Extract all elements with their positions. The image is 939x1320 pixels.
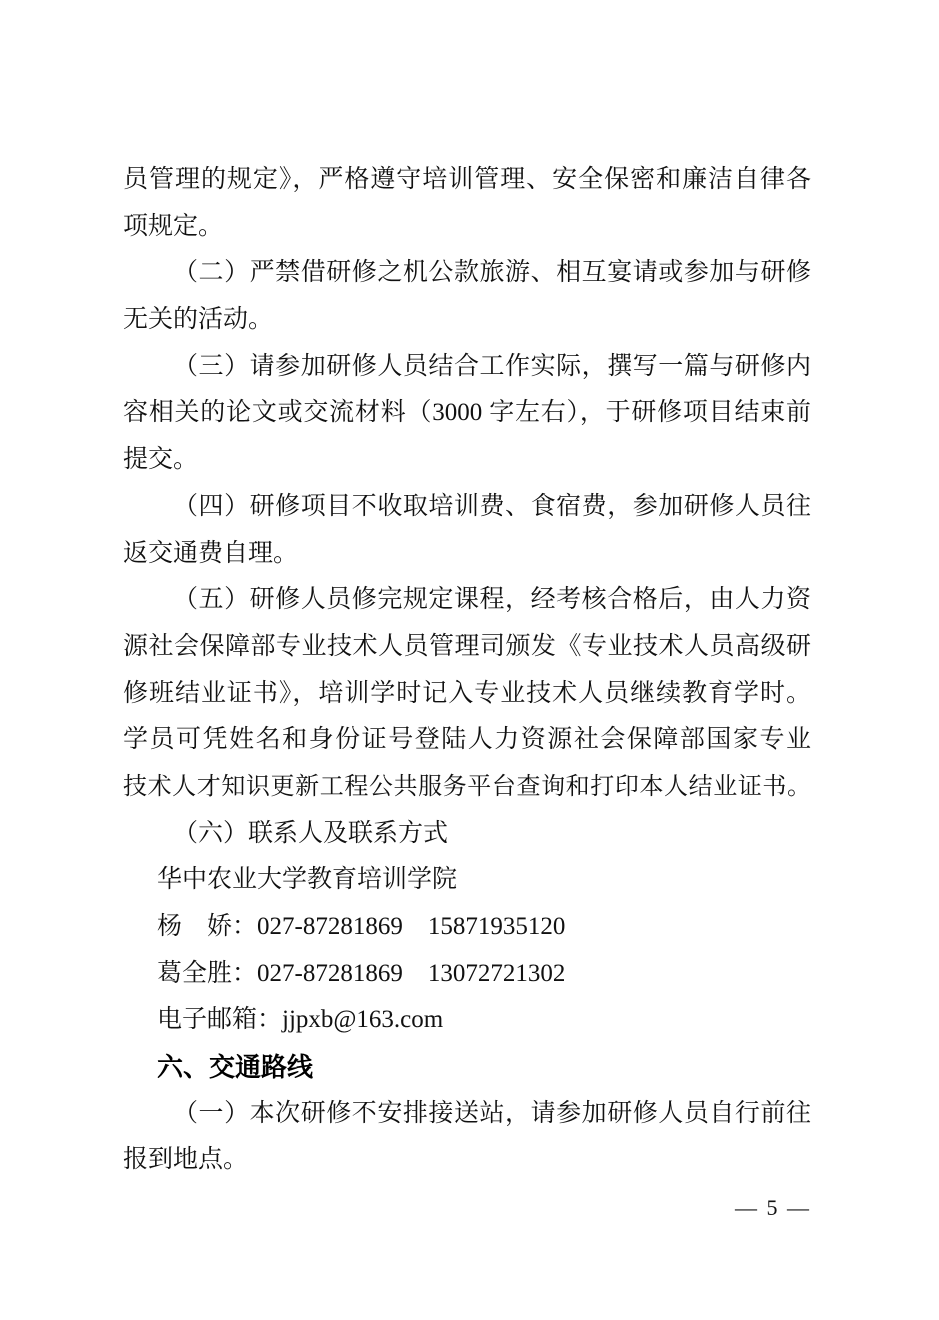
contact-line-1: 杨 娇：027-87281869 15871935120 <box>123 904 811 951</box>
paragraph-line: 技术人才知识更新工程公共服务平台查询和打印本人结业证书。 <box>123 764 811 811</box>
contact-line-2: 葛全胜：027-87281869 13072721302 <box>123 951 811 998</box>
paragraph-line: 提交。 <box>123 437 811 484</box>
paragraph-line: 容相关的论文或交流材料（3000 字左右），于研修项目结束前 <box>123 390 811 437</box>
paragraph-line: 项规定。 <box>123 204 811 251</box>
paragraph-line-item-4: （四）研修项目不收取培训费、食宿费，参加研修人员往 <box>123 484 811 531</box>
paragraph-line: 返交通费自理。 <box>123 531 811 578</box>
paragraph-line-item-5: （五）研修人员修完规定课程，经考核合格后，由人力资 <box>123 577 811 624</box>
paragraph-line-item-3: （三）请参加研修人员结合工作实际，撰写一篇与研修内 <box>123 344 811 391</box>
paragraph-line: 无关的活动。 <box>123 297 811 344</box>
section-heading-traffic-routes: 六、交通路线 <box>123 1044 811 1091</box>
paragraph-line: 学员可凭姓名和身份证号登陆人力资源社会保障部国家专业 <box>123 717 811 764</box>
contact-email-line: 电子邮箱：jjpxb@163.com <box>123 997 811 1044</box>
paragraph-line: 源社会保障部专业技术人员管理司颁发《专业技术人员高级研 <box>123 624 811 671</box>
page-number: — 5 — <box>735 1193 811 1223</box>
paragraph-line: 员管理的规定》，严格遵守培训管理、安全保密和廉洁自律各 <box>123 157 811 204</box>
paragraph-line-item-6: （六）联系人及联系方式 <box>123 811 811 858</box>
paragraph-line-item-1: （一）本次研修不安排接送站，请参加研修人员自行前往 <box>123 1091 811 1138</box>
paragraph-line-item-2: （二）严禁借研修之机公款旅游、相互宴请或参加与研修 <box>123 250 811 297</box>
paragraph-line: 修班结业证书》，培训学时记入专业技术人员继续教育学时。 <box>123 671 811 718</box>
paragraph-line: 报到地点。 <box>123 1137 811 1184</box>
document-page: 员管理的规定》，严格遵守培训管理、安全保密和廉洁自律各 项规定。 （二）严禁借研… <box>123 157 811 1184</box>
contact-organization: 华中农业大学教育培训学院 <box>123 857 811 904</box>
